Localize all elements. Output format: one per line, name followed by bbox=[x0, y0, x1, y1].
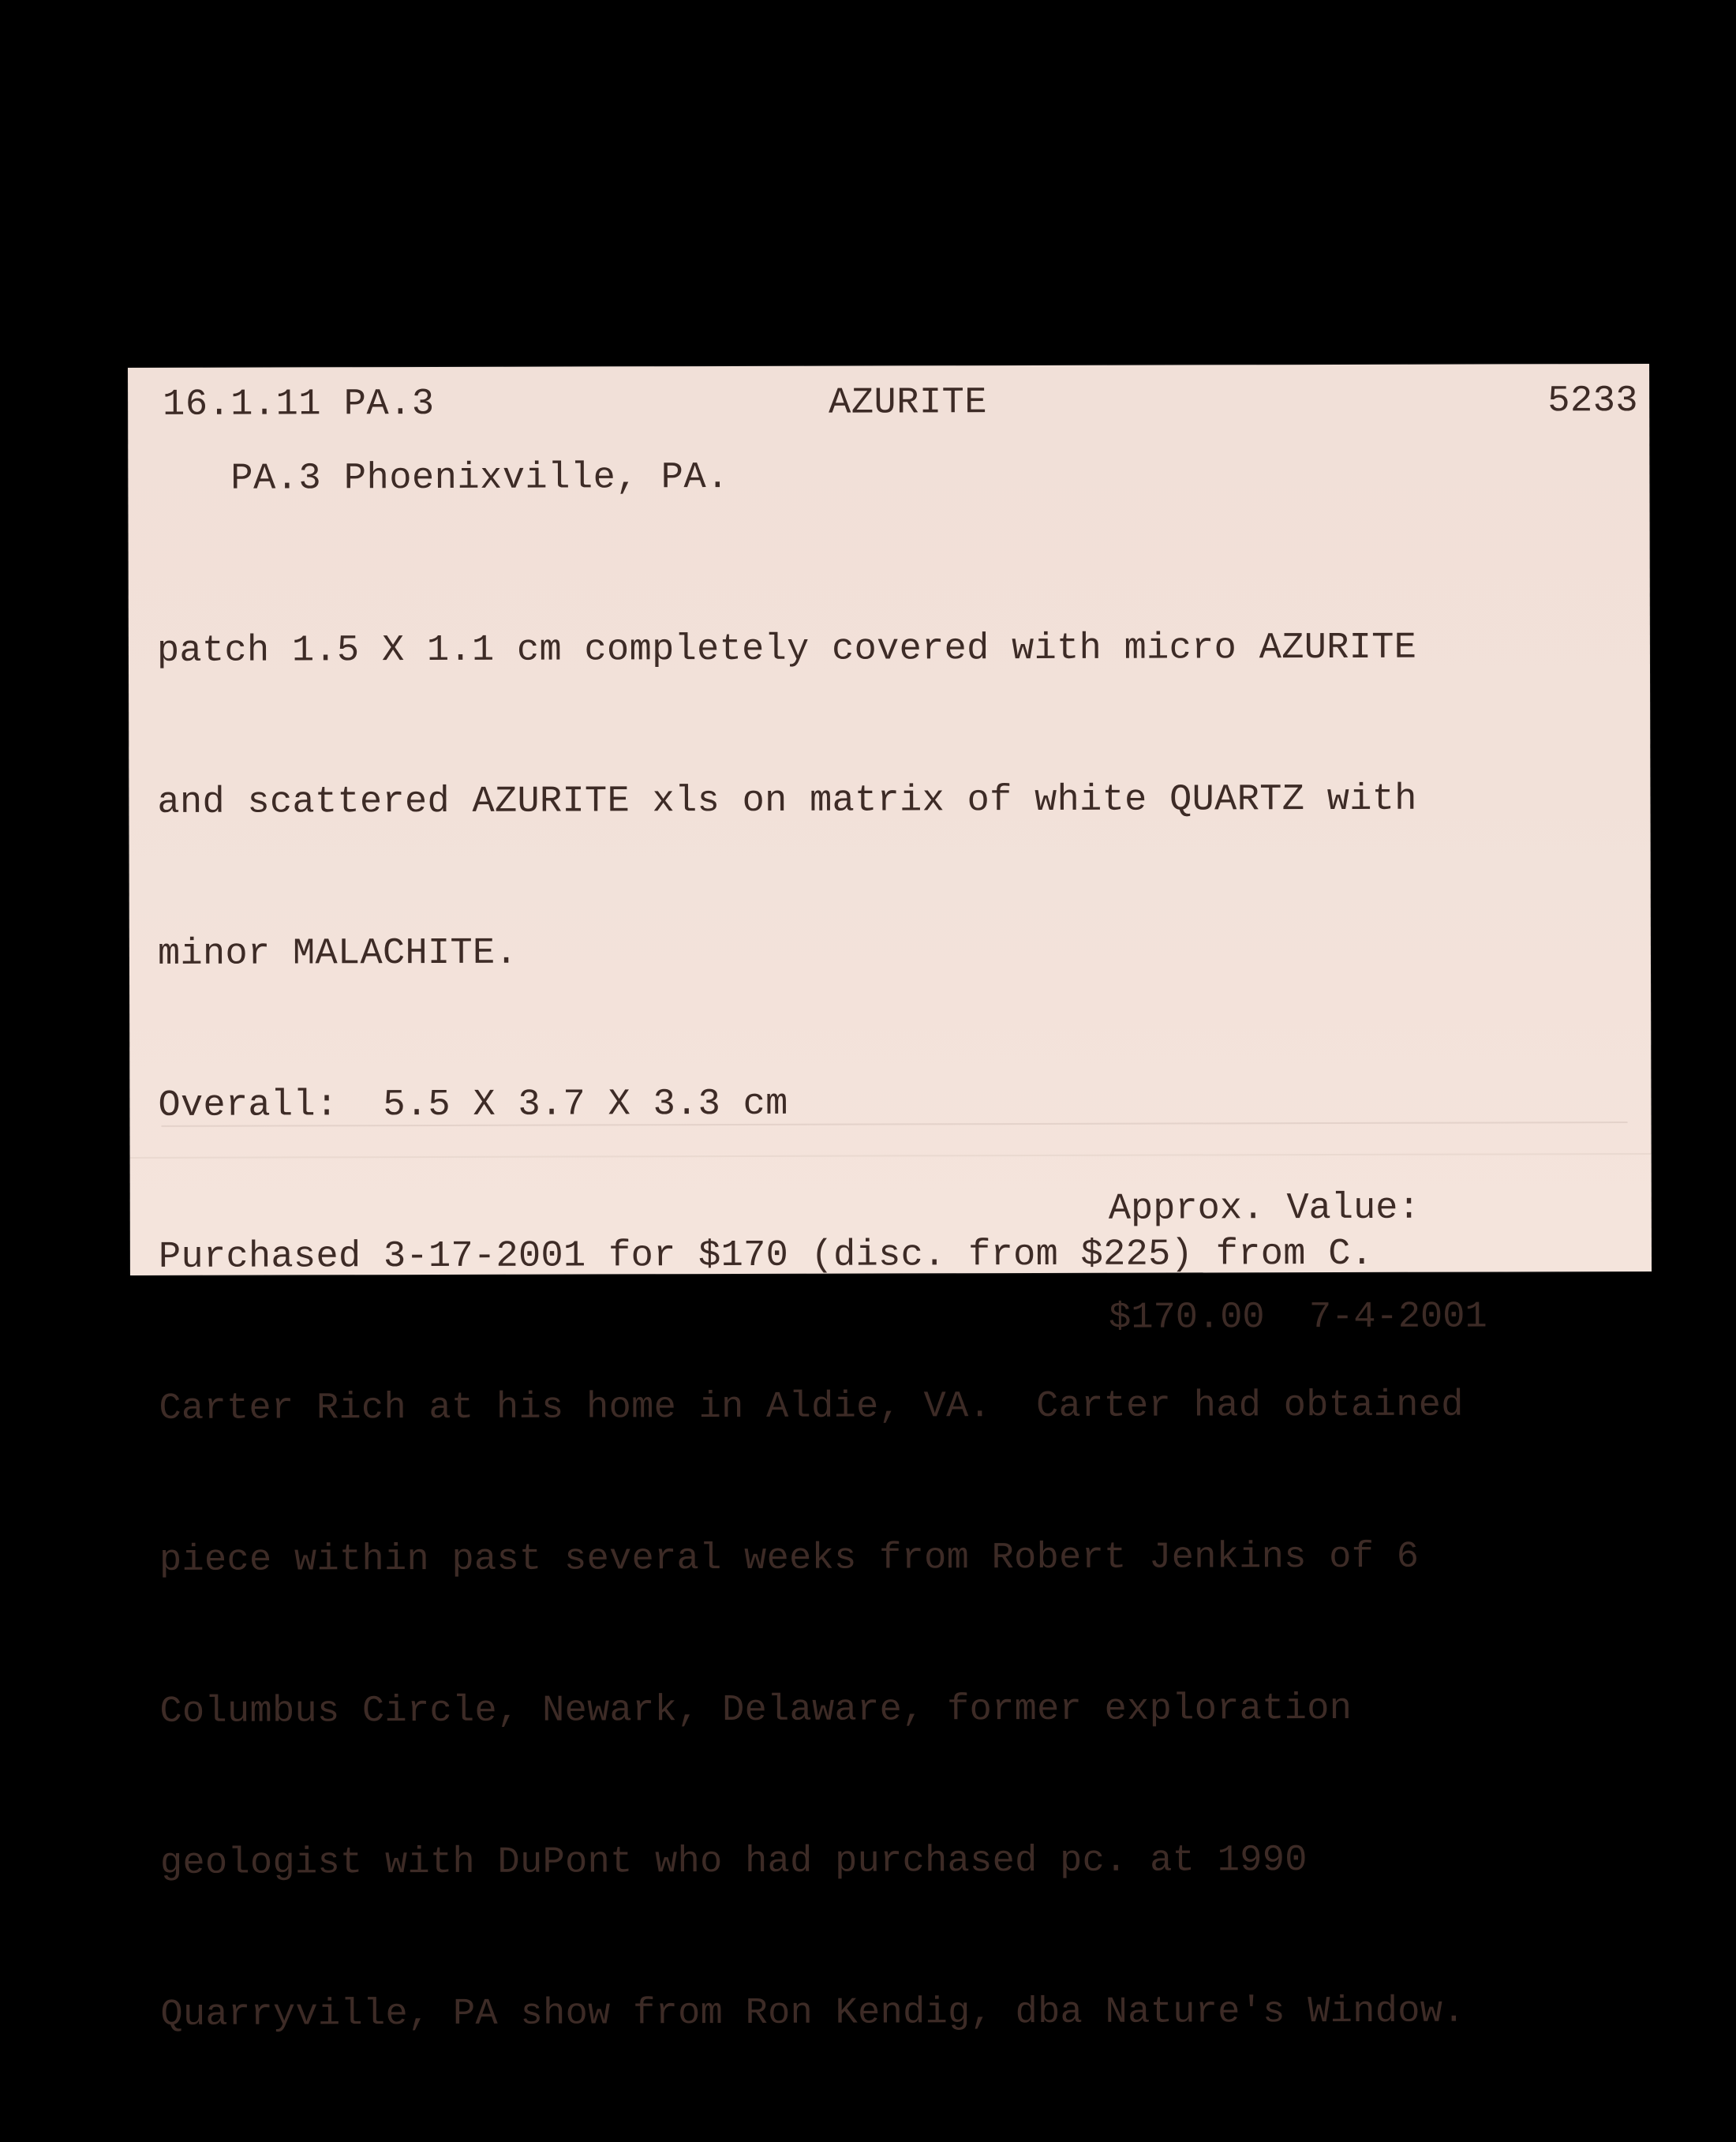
specimen-label-card: 16.1.11 PA.3 AZURITE 5233 PA.3 Phoenixvi… bbox=[128, 364, 1652, 1275]
description-line: and scattered AZURITE xls on matrix of w… bbox=[157, 775, 1461, 829]
description-line: patch 1.5 X 1.1 cm completely covered wi… bbox=[157, 624, 1461, 677]
description-line: minor MALACHITE. bbox=[158, 927, 1462, 980]
value-label: Approx. Value: bbox=[1109, 1190, 1487, 1227]
provenance-line: Columbus Circle, Newark, Delaware, forme… bbox=[159, 1684, 1464, 1736]
provenance-line: piece within past several weeks from Rob… bbox=[159, 1533, 1464, 1586]
value-amount-and-date: $170.00 7-4-2001 bbox=[1109, 1299, 1487, 1336]
locality: PA.3 Phoenixville, PA. bbox=[230, 459, 729, 498]
mineral-name: AZURITE bbox=[829, 384, 987, 422]
specimen-number: 5233 bbox=[1547, 383, 1638, 420]
catalog-code: 16.1.11 PA.3 bbox=[163, 386, 435, 424]
approx-value-block: Approx. Value: $170.00 7-4-2001 bbox=[1108, 1118, 1487, 1409]
